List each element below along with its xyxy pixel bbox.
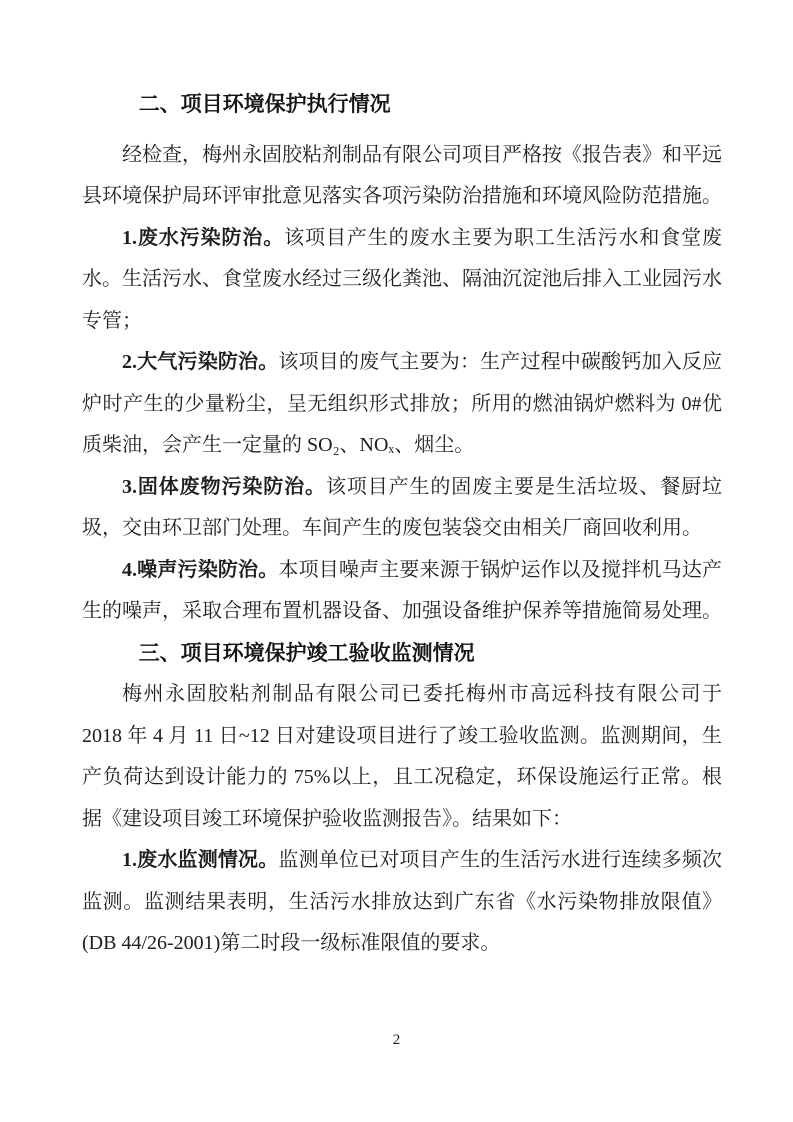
paragraph-wastewater-monitoring: 1.废水监测情况。监测单位已对项目产生的生活污水进行连续多频次监测。监测结果表明… — [82, 840, 722, 965]
paragraph-air-pollution-control: 2.大气污染防治。该项目的废气主要为：生产过程中碳酸钙加入反应炉时产生的少量粉尘… — [82, 342, 722, 467]
paragraph-wastewater-control: 1.废水污染防治。该项目产生的废水主要为职工生活污水和食堂废水。生活污水、食堂废… — [82, 218, 722, 343]
paragraph-monitoring-commission: 梅州永固胶粘剂制品有限公司已委托梅州市高远科技有限公司于 2018 年 4 月 … — [82, 674, 722, 840]
paragraph-lead-wastewater-monitoring: 1.废水监测情况。 — [122, 849, 278, 871]
document-content: 二、项目环境保护执行情况 经检查，梅州永固胶粘剂制品有限公司项目严格按《报告表》… — [82, 84, 722, 965]
paragraph-lead-wastewater-control: 1.废水污染防治。 — [122, 227, 284, 249]
paragraph-lead-noise-control: 4.噪声污染防治。 — [122, 559, 278, 581]
paragraph-noise-control: 4.噪声污染防治。本项目噪声主要来源于锅炉运作以及搅拌机马达产生的噪声，采取合理… — [82, 550, 722, 633]
paragraph-lead-air-pollution-control: 2.大气污染防治。 — [122, 351, 278, 373]
document-page: 二、项目环境保护执行情况 经检查，梅州永固胶粘剂制品有限公司项目严格按《报告表》… — [0, 0, 793, 1122]
paragraph-inspection-summary: 经检查，梅州永固胶粘剂制品有限公司项目严格按《报告表》和平远县环境保护局环评审批… — [82, 135, 722, 218]
paragraph-solid-waste-control: 3.固体废物污染防治。该项目产生的固废主要是生活垃圾、餐厨垃圾，交由环卫部门处理… — [82, 467, 722, 550]
paragraph-lead-solid-waste-control: 3.固体废物污染防治。 — [122, 476, 326, 498]
page-number: 2 — [0, 1032, 793, 1049]
section-heading-env-protection-execution: 二、项目环境保护执行情况 — [82, 84, 722, 126]
section-heading-acceptance-monitoring: 三、项目环境保护竣工验收监测情况 — [82, 633, 722, 675]
